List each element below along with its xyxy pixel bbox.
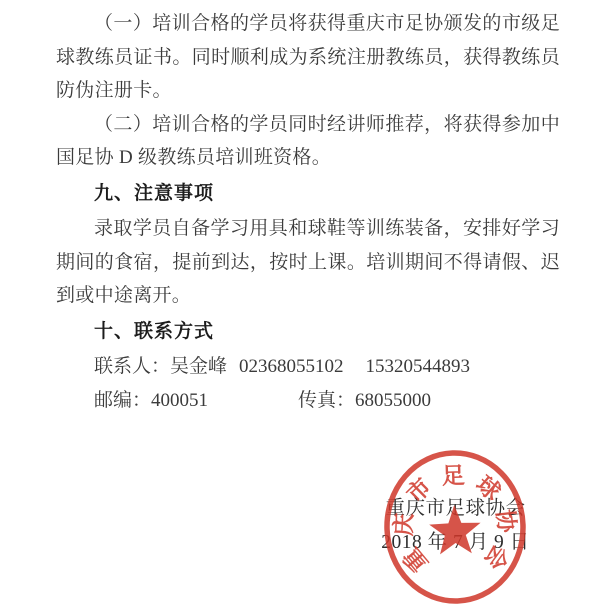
paragraph-certificate: （一）培训合格的学员将获得重庆市足协颁发的市级足球教练员证书。同时顺利成为系统注… [56,7,560,108]
document-body: （一）培训合格的学员将获得重庆市足协颁发的市级足球教练员证书。同时顺利成为系统注… [56,7,560,418]
star-icon [429,504,482,555]
seal-char-2: 庆 [390,512,417,536]
paragraph-notice: 录取学员自备学习用具和球鞋等训练装备，安排好学习期间的食宿，提前到达，按时上课。… [56,212,560,313]
fax-label: 传真： [298,390,355,411]
fax-value: 68055000 [355,390,431,411]
document-page: （一）培训合格的学员将获得重庆市足协颁发的市级足球教练员证书。同时顺利成为系统注… [0,0,600,609]
seal-char-6: 协 [492,508,520,535]
contact-phone-1: 02368055102 [239,356,344,377]
zip-value: 400051 [151,390,208,411]
contact-person-name: 吴金峰 [170,356,227,377]
zip-fax-line: 邮编：400051传真：68055000 [56,384,560,418]
paragraph-d-license: （二）培训合格的学员同时经讲师推荐，将获得参加中国足协 D 级教练员培训班资格。 [56,108,560,175]
official-seal: 重 庆 市 足 球 协 会 [378,445,531,608]
seal-char-5: 球 [471,471,505,505]
contact-phone-2: 15320544893 [366,356,471,377]
seal-char-3: 市 [402,474,436,508]
zip-label: 邮编： [94,390,151,411]
contact-person-line: 联系人：吴金峰0236805510215320544893 [56,350,560,384]
section-heading-notice: 九、注意事项 [56,177,560,211]
section-heading-contact: 十、联系方式 [56,315,560,349]
contact-person-label: 联系人： [94,356,170,377]
seal-char-4: 足 [441,463,465,489]
